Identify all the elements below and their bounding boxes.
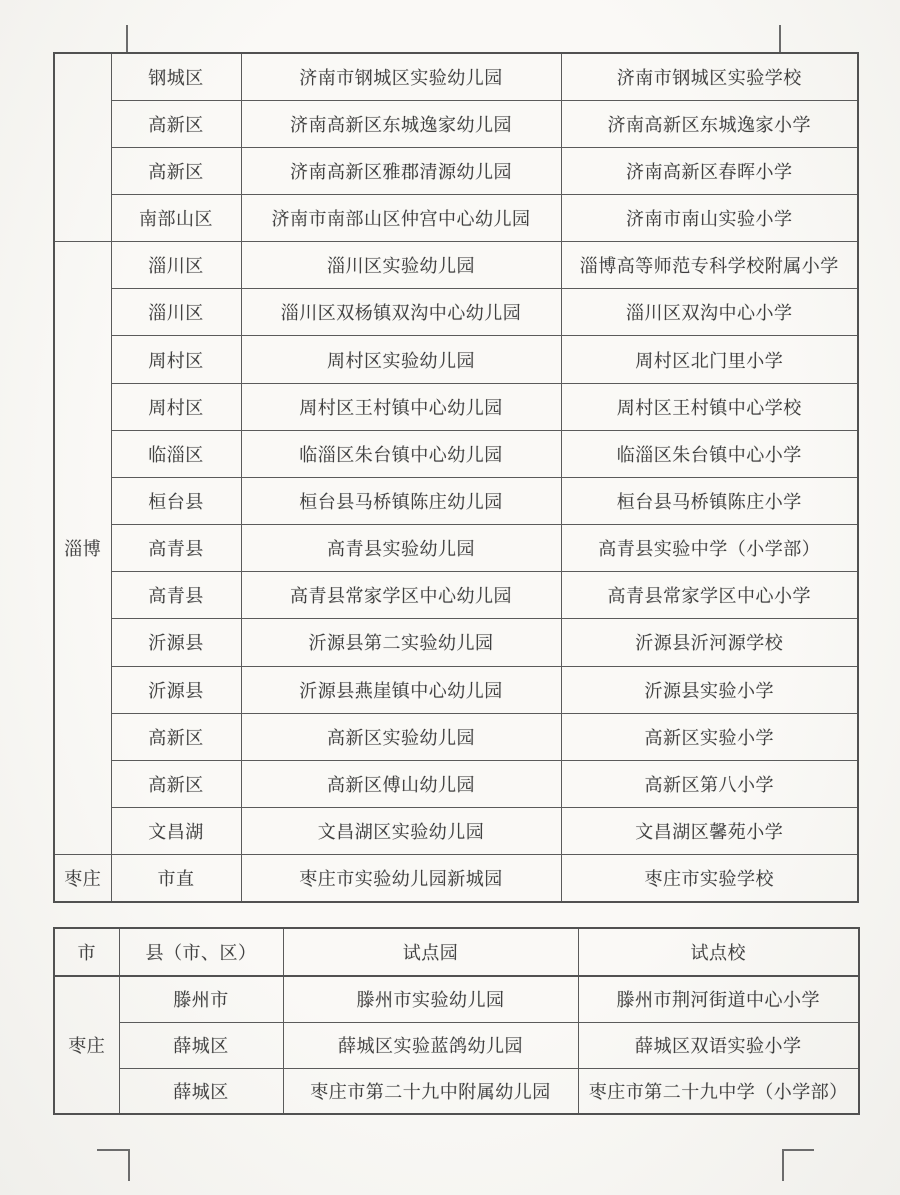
table-row: 枣庄市直枣庄市实验幼儿园新城园枣庄市实验学校 xyxy=(54,855,858,902)
school-cell: 滕州市荆河街道中心小学 xyxy=(578,976,859,1022)
school-cell: 济南市南山实验小学 xyxy=(561,194,858,241)
county-cell: 高新区 xyxy=(111,100,241,147)
city-cell: 淄博 xyxy=(54,242,111,855)
school-cell: 淄博高等师范专科学校附属小学 xyxy=(561,242,858,289)
school-cell: 枣庄市实验学校 xyxy=(561,855,858,902)
school-cell: 高新区第八小学 xyxy=(561,760,858,807)
school-cell: 高青县实验中学（小学部） xyxy=(561,525,858,572)
school-cell: 桓台县马桥镇陈庄小学 xyxy=(561,477,858,524)
county-cell: 桓台县 xyxy=(111,477,241,524)
county-cell: 高新区 xyxy=(111,713,241,760)
county-cell: 淄川区 xyxy=(111,242,241,289)
table-row: 淄博淄川区淄川区实验幼儿园淄博高等师范专科学校附属小学 xyxy=(54,242,858,289)
table-header-row: 市 县（市、区） 试点园 试点校 xyxy=(54,928,859,976)
city-cell: 枣庄 xyxy=(54,855,111,902)
scanned-document-page: 钢城区济南市钢城区实验幼儿园济南市钢城区实验学校高新区济南高新区东城逸家幼儿园济… xyxy=(0,0,900,1195)
county-cell: 临淄区 xyxy=(111,430,241,477)
county-cell: 高青县 xyxy=(111,525,241,572)
kindergarten-cell: 高新区傅山幼儿园 xyxy=(241,760,561,807)
school-cell: 高青县常家学区中心小学 xyxy=(561,572,858,619)
table-row: 沂源县沂源县第二实验幼儿园沂源县沂河源学校 xyxy=(54,619,858,666)
header-cell-pilot-kindergarten: 试点园 xyxy=(283,928,578,976)
kindergarten-cell: 高新区实验幼儿园 xyxy=(241,713,561,760)
county-cell: 薛城区 xyxy=(119,1022,283,1068)
table-row: 薛城区薛城区实验蓝鸽幼儿园薛城区双语实验小学 xyxy=(54,1022,859,1068)
school-cell: 临淄区朱台镇中心小学 xyxy=(561,430,858,477)
school-cell: 济南高新区东城逸家小学 xyxy=(561,100,858,147)
header-cell-pilot-school: 试点校 xyxy=(578,928,859,976)
school-cell: 高新区实验小学 xyxy=(561,713,858,760)
school-cell: 济南市钢城区实验学校 xyxy=(561,53,858,100)
school-cell: 周村区北门里小学 xyxy=(561,336,858,383)
school-cell: 文昌湖区馨苑小学 xyxy=(561,808,858,855)
crop-mark-top-right xyxy=(779,25,781,53)
table-row: 沂源县沂源县燕崖镇中心幼儿园沂源县实验小学 xyxy=(54,666,858,713)
table-row: 高新区高新区傅山幼儿园高新区第八小学 xyxy=(54,760,858,807)
kindergarten-cell: 高青县常家学区中心幼儿园 xyxy=(241,572,561,619)
school-cell: 沂源县沂河源学校 xyxy=(561,619,858,666)
kindergarten-cell: 滕州市实验幼儿园 xyxy=(283,976,578,1022)
county-cell: 市直 xyxy=(111,855,241,902)
county-cell: 文昌湖 xyxy=(111,808,241,855)
county-cell: 淄川区 xyxy=(111,289,241,336)
kindergarten-cell: 周村区实验幼儿园 xyxy=(241,336,561,383)
table-row: 高新区济南高新区东城逸家幼儿园济南高新区东城逸家小学 xyxy=(54,100,858,147)
city-cell xyxy=(54,53,111,242)
kindergarten-cell: 济南高新区雅郡清源幼儿园 xyxy=(241,147,561,194)
kindergarten-cell: 济南高新区东城逸家幼儿园 xyxy=(241,100,561,147)
county-cell: 高新区 xyxy=(111,760,241,807)
kindergarten-cell: 枣庄市第二十九中附属幼儿园 xyxy=(283,1068,578,1114)
table-row: 临淄区临淄区朱台镇中心幼儿园临淄区朱台镇中心小学 xyxy=(54,430,858,477)
table1-body: 钢城区济南市钢城区实验幼儿园济南市钢城区实验学校高新区济南高新区东城逸家幼儿园济… xyxy=(54,53,858,902)
kindergarten-cell: 沂源县第二实验幼儿园 xyxy=(241,619,561,666)
school-cell: 淄川区双沟中心小学 xyxy=(561,289,858,336)
crop-mark-bottom-left xyxy=(97,1149,130,1181)
kindergarten-cell: 淄川区实验幼儿园 xyxy=(241,242,561,289)
table-row: 高新区高新区实验幼儿园高新区实验小学 xyxy=(54,713,858,760)
kindergarten-cell: 周村区王村镇中心幼儿园 xyxy=(241,383,561,430)
table-row: 枣庄滕州市滕州市实验幼儿园滕州市荆河街道中心小学 xyxy=(54,976,859,1022)
kindergarten-cell: 桓台县马桥镇陈庄幼儿园 xyxy=(241,477,561,524)
pilot-programs-table-jinan-zibo-zaozhuang: 钢城区济南市钢城区实验幼儿园济南市钢城区实验学校高新区济南高新区东城逸家幼儿园济… xyxy=(53,52,859,903)
school-cell: 周村区王村镇中心学校 xyxy=(561,383,858,430)
county-cell: 高新区 xyxy=(111,147,241,194)
pilot-programs-table-zaozhuang: 市 县（市、区） 试点园 试点校 枣庄滕州市滕州市实验幼儿园滕州市荆河街道中心小… xyxy=(53,927,860,1115)
crop-mark-top-left xyxy=(126,25,128,53)
school-cell: 薛城区双语实验小学 xyxy=(578,1022,859,1068)
table2-body: 枣庄滕州市滕州市实验幼儿园滕州市荆河街道中心小学薛城区薛城区实验蓝鸽幼儿园薛城区… xyxy=(54,976,859,1114)
table-row: 钢城区济南市钢城区实验幼儿园济南市钢城区实验学校 xyxy=(54,53,858,100)
kindergarten-cell: 文昌湖区实验幼儿园 xyxy=(241,808,561,855)
table-row: 薛城区枣庄市第二十九中附属幼儿园枣庄市第二十九中学（小学部） xyxy=(54,1068,859,1114)
school-cell: 济南高新区春晖小学 xyxy=(561,147,858,194)
county-cell: 薛城区 xyxy=(119,1068,283,1114)
county-cell: 高青县 xyxy=(111,572,241,619)
county-cell: 周村区 xyxy=(111,383,241,430)
header-cell-county: 县（市、区） xyxy=(119,928,283,976)
table-row: 周村区周村区王村镇中心幼儿园周村区王村镇中心学校 xyxy=(54,383,858,430)
table-row: 高新区济南高新区雅郡清源幼儿园济南高新区春晖小学 xyxy=(54,147,858,194)
county-cell: 周村区 xyxy=(111,336,241,383)
kindergarten-cell: 淄川区双杨镇双沟中心幼儿园 xyxy=(241,289,561,336)
table-row: 南部山区济南市南部山区仲宫中心幼儿园济南市南山实验小学 xyxy=(54,194,858,241)
kindergarten-cell: 沂源县燕崖镇中心幼儿园 xyxy=(241,666,561,713)
kindergarten-cell: 临淄区朱台镇中心幼儿园 xyxy=(241,430,561,477)
county-cell: 南部山区 xyxy=(111,194,241,241)
county-cell: 沂源县 xyxy=(111,619,241,666)
county-cell: 沂源县 xyxy=(111,666,241,713)
header-cell-city: 市 xyxy=(54,928,119,976)
school-cell: 沂源县实验小学 xyxy=(561,666,858,713)
kindergarten-cell: 薛城区实验蓝鸽幼儿园 xyxy=(283,1022,578,1068)
table-row: 文昌湖文昌湖区实验幼儿园文昌湖区馨苑小学 xyxy=(54,808,858,855)
county-cell: 钢城区 xyxy=(111,53,241,100)
table-row: 周村区周村区实验幼儿园周村区北门里小学 xyxy=(54,336,858,383)
crop-mark-bottom-right xyxy=(782,1149,814,1181)
kindergarten-cell: 济南市钢城区实验幼儿园 xyxy=(241,53,561,100)
table-row: 高青县高青县实验幼儿园高青县实验中学（小学部） xyxy=(54,525,858,572)
kindergarten-cell: 高青县实验幼儿园 xyxy=(241,525,561,572)
kindergarten-cell: 济南市南部山区仲宫中心幼儿园 xyxy=(241,194,561,241)
county-cell: 滕州市 xyxy=(119,976,283,1022)
table-row: 桓台县桓台县马桥镇陈庄幼儿园桓台县马桥镇陈庄小学 xyxy=(54,477,858,524)
table-row: 淄川区淄川区双杨镇双沟中心幼儿园淄川区双沟中心小学 xyxy=(54,289,858,336)
city-cell: 枣庄 xyxy=(54,976,119,1114)
kindergarten-cell: 枣庄市实验幼儿园新城园 xyxy=(241,855,561,902)
school-cell: 枣庄市第二十九中学（小学部） xyxy=(578,1068,859,1114)
table-row: 高青县高青县常家学区中心幼儿园高青县常家学区中心小学 xyxy=(54,572,858,619)
